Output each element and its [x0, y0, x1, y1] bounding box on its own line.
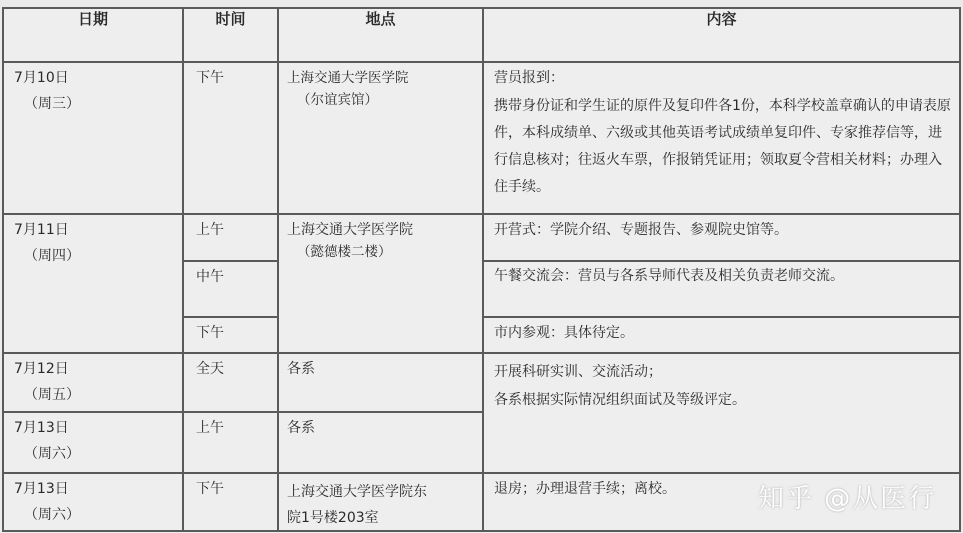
location-text: 上海交通大学医学院 [287, 219, 476, 241]
header-date: 日期 [3, 8, 183, 62]
header-location: 地点 [278, 8, 483, 62]
time-cell: 下午 [183, 473, 278, 531]
table-row: 7月12日 （周五） 全天 各系 开展科研实训、交流活动； 各系根据实际情况组织… [3, 353, 960, 412]
time-cell: 全天 [183, 353, 278, 412]
top-cropped-strip [0, 0, 963, 7]
date-text: 7月13日 [14, 478, 182, 500]
location-cell: 各系 [278, 353, 483, 412]
content-cell: 市内参观：具体待定。 [483, 317, 960, 353]
header-time: 时间 [183, 8, 278, 62]
time-cell: 上午 [183, 214, 278, 261]
date-text: 7月11日 [14, 219, 182, 241]
time-cell: 上午 [183, 412, 278, 473]
content-line: 各系根据实际情况组织面试及等级评定。 [494, 386, 953, 414]
schedule-table: 日期 时间 地点 内容 7月10日 （周三） 下午 上海交通大学医学院 （尔谊宾… [2, 7, 961, 532]
date-cell: 7月11日 （周四） [3, 214, 183, 353]
content-cell: 开展科研实训、交流活动； 各系根据实际情况组织面试及等级评定。 [483, 353, 960, 473]
weekday-text: （周六） [14, 504, 182, 526]
date-text: 7月12日 [14, 358, 182, 380]
content-cell: 开营式：学院介绍、专题报告、参观院史馆等。 [483, 214, 960, 261]
location-subtext: （尔谊宾馆） [287, 89, 476, 111]
weekday-text: （周六） [14, 443, 182, 465]
time-cell: 中午 [183, 261, 278, 317]
weekday-text: （周五） [14, 384, 182, 406]
content-title: 营员报到： [494, 67, 953, 89]
content-cell: 午餐交流会：营员与各系导师代表及相关负责老师交流。 [483, 261, 960, 317]
time-cell: 下午 [183, 62, 278, 214]
date-cell: 7月13日 （周六） [3, 473, 183, 531]
table-row: 7月10日 （周三） 下午 上海交通大学医学院 （尔谊宾馆） 营员报到： 携带身… [3, 62, 960, 214]
header-content: 内容 [483, 8, 960, 62]
date-cell: 7月10日 （周三） [3, 62, 183, 214]
date-cell: 7月13日 （周六） [3, 412, 183, 473]
zhihu-watermark: 知乎 @从医行 [758, 478, 936, 515]
location-subtext: 院1号楼203室 [287, 506, 476, 530]
content-body: 携带身份证和学生证的原件及复印件各1份，本科学校盖章确认的申请表原件，本科成绩单… [494, 93, 953, 201]
content-line: 开展科研实训、交流活动； [494, 358, 953, 386]
date-text: 7月13日 [14, 417, 182, 439]
date-cell: 7月12日 （周五） [3, 353, 183, 412]
header-row: 日期 时间 地点 内容 [3, 8, 960, 62]
location-subtext: （懿德楼二楼） [287, 241, 476, 263]
content-cell: 营员报到： 携带身份证和学生证的原件及复印件各1份，本科学校盖章确认的申请表原件… [483, 62, 960, 214]
date-text: 7月10日 [14, 67, 182, 89]
table-row: 7月11日 （周四） 上午 上海交通大学医学院 （懿德楼二楼） 开营式：学院介绍… [3, 214, 960, 261]
weekday-text: （周三） [14, 93, 182, 115]
time-cell: 下午 [183, 317, 278, 353]
location-text: 上海交通大学医学院 [287, 67, 476, 89]
weekday-text: （周四） [14, 245, 182, 267]
location-cell: 各系 [278, 412, 483, 473]
location-text: 上海交通大学医学院东 [287, 478, 476, 506]
location-cell: 上海交通大学医学院 （尔谊宾馆） [278, 62, 483, 214]
location-cell: 上海交通大学医学院 （懿德楼二楼） [278, 214, 483, 353]
location-cell: 上海交通大学医学院东 院1号楼203室 [278, 473, 483, 531]
